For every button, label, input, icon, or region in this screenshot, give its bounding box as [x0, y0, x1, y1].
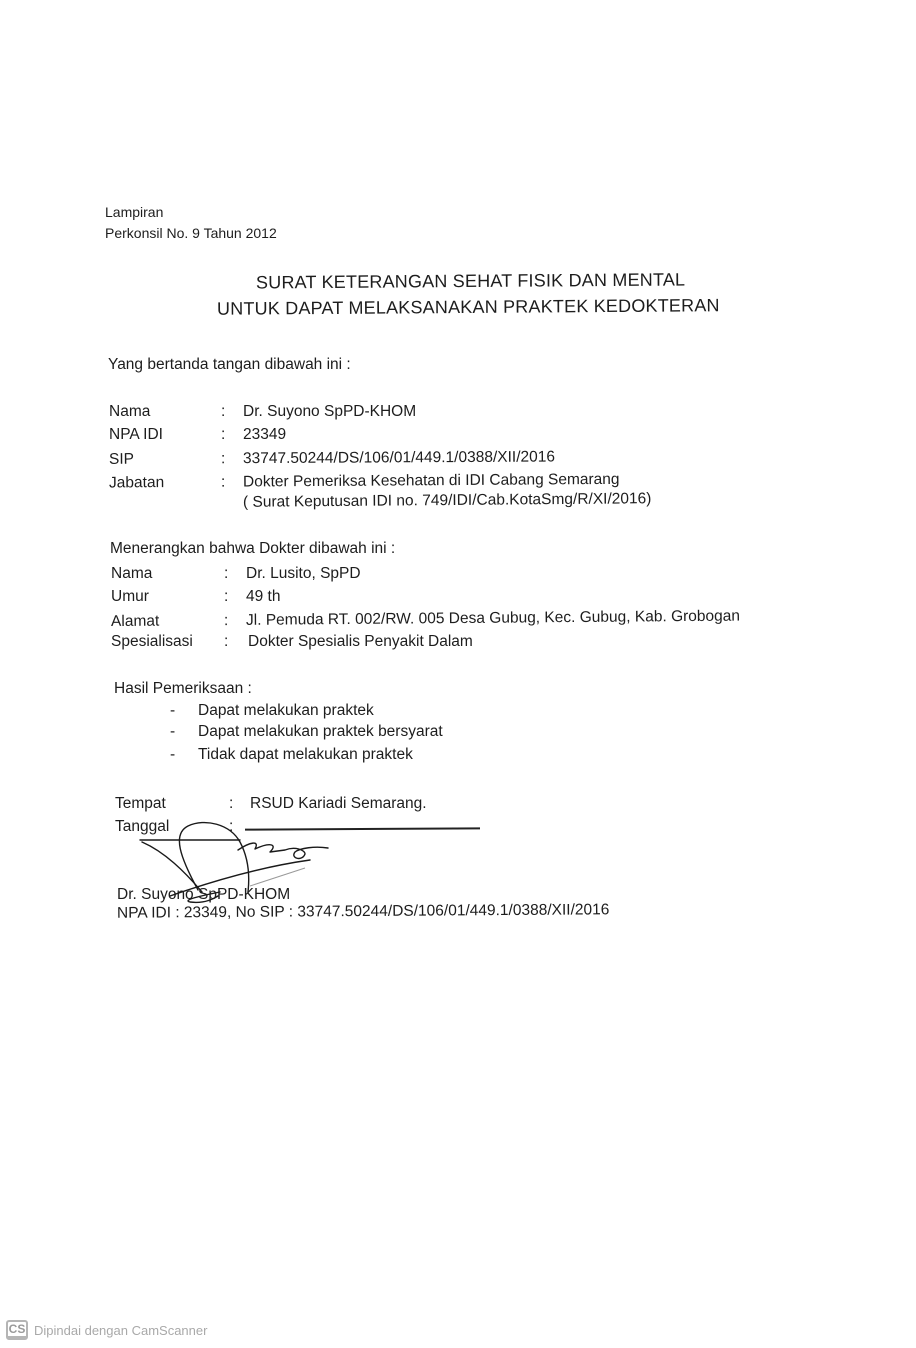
subject-age: 49 th — [246, 588, 280, 606]
subject-age-row: Umur : 49 th — [111, 588, 811, 608]
signer-sip-row: SIP : 33747.50244/DS/106/01/449.1/0388/X… — [109, 447, 809, 471]
signer-decree-note: ( Surat Keputusan IDI no. 749/IDI/Cab.Ko… — [243, 490, 652, 512]
colon: : — [221, 403, 225, 421]
signer-npa-row: NPA IDI : 23349 — [109, 426, 809, 446]
field-label: Nama — [111, 565, 152, 583]
subject-specialization-row: Spesialisasi : Dokter Spesialis Penyakit… — [111, 633, 811, 653]
colon: : — [224, 588, 228, 606]
intro-text: Yang bertanda tangan dibawah ini : — [108, 356, 351, 374]
colon: : — [221, 426, 225, 444]
subject-specialization: Dokter Spesialis Penyakit Dalam — [248, 633, 473, 651]
result-option: - Dapat melakukan praktek — [170, 702, 570, 722]
signer-sip: 33747.50244/DS/106/01/449.1/0388/XII/201… — [243, 448, 555, 468]
field-label: Alamat — [111, 613, 159, 631]
colon: : — [224, 565, 228, 583]
camscanner-watermark: CS Dipindai dengan CamScanner — [6, 1318, 207, 1342]
subject-name-row: Nama : Dr. Lusito, SpPD — [111, 565, 811, 585]
field-label: Spesialisasi — [111, 633, 193, 651]
colon: : — [229, 795, 233, 813]
dash: - — [170, 723, 175, 741]
field-label: Umur — [111, 588, 149, 606]
subject-address: Jl. Pemuda RT. 002/RW. 005 Desa Gubug, K… — [246, 608, 740, 630]
result-option-text: Dapat melakukan praktek — [198, 702, 374, 720]
dash: - — [170, 702, 175, 720]
colon: : — [224, 612, 228, 630]
signer-position: Dokter Pemeriksa Kesehatan di IDI Cabang… — [243, 471, 620, 492]
field-label: Jabatan — [109, 474, 164, 492]
field-label: Tempat — [115, 795, 166, 813]
result-option: - Dapat melakukan praktek bersyarat — [170, 723, 570, 743]
place-value: RSUD Kariadi Semarang. — [250, 795, 427, 813]
signer-credentials: NPA IDI : 23349, No SIP : 33747.50244/DS… — [117, 901, 609, 922]
results-heading: Hasil Pemeriksaan : — [114, 680, 252, 698]
camscanner-text: Dipindai dengan CamScanner — [34, 1323, 207, 1338]
regulation-reference: Perkonsil No. 9 Tahun 2012 — [105, 225, 277, 241]
colon: : — [221, 474, 225, 492]
subject-name: Dr. Lusito, SpPD — [246, 565, 361, 583]
subject-intro-text: Menerangkan bahwa Dokter dibawah ini : — [110, 540, 395, 558]
document-title-line1: SURAT KETERANGAN SEHAT FISIK DAN MENTAL — [256, 270, 685, 294]
result-option-text: Tidak dapat melakukan praktek — [198, 746, 413, 764]
signer-printed-name: Dr. Suyono SpPD-KHOM — [117, 886, 290, 904]
scanned-document: Lampiran Perkonsil No. 9 Tahun 2012 SURA… — [0, 0, 916, 1348]
result-option: - Tidak dapat melakukan praktek — [170, 746, 570, 766]
signer-name: Dr. Suyono SpPD-KHOM — [243, 403, 416, 421]
document-title-line2: UNTUK DAPAT MELAKSANAKAN PRAKTEK KEDOKTE… — [217, 295, 720, 320]
colon: : — [224, 633, 228, 651]
field-label: SIP — [109, 451, 134, 469]
field-label: Nama — [109, 403, 150, 421]
signer-npa: 23349 — [243, 426, 286, 444]
signer-name-row: Nama : Dr. Suyono SpPD-KHOM — [109, 403, 809, 423]
field-label: NPA IDI — [109, 426, 163, 444]
subject-address-row: Alamat : Jl. Pemuda RT. 002/RW. 005 Desa… — [111, 607, 811, 633]
camscanner-logo-icon: CS — [6, 1320, 28, 1340]
colon: : — [221, 450, 225, 468]
attachment-label: Lampiran — [105, 204, 163, 220]
result-option-text: Dapat melakukan praktek bersyarat — [198, 723, 443, 741]
signer-position-row: Jabatan : Dokter Pemeriksa Kesehatan di … — [109, 470, 809, 495]
dash: - — [170, 746, 175, 764]
